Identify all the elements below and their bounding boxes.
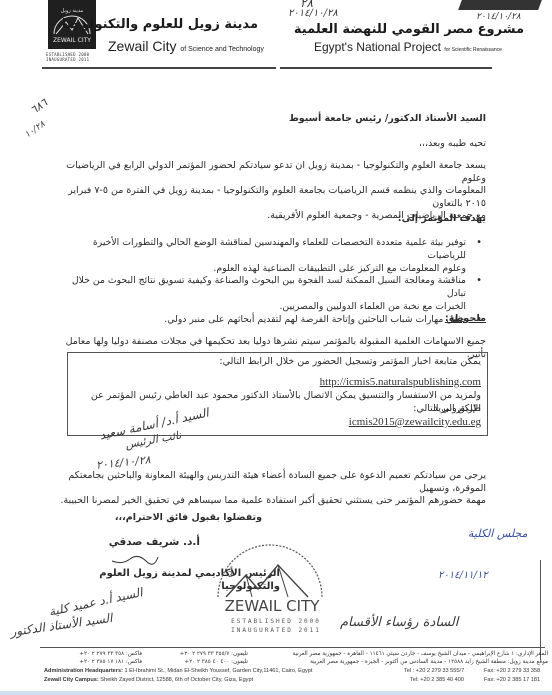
redaction-mark bbox=[458, 0, 542, 10]
handwritten-council-note: مجلس الكلية bbox=[468, 527, 528, 540]
sign-off: وتفضلوا بقبول فائق الاحترام،،، bbox=[62, 512, 262, 525]
handwritten-date-right: ٢٠١٤/١٠/٢٨ bbox=[476, 12, 521, 22]
closing-paragraph: يرجى من سيادتكم تعميم الدعوة على جميع ال… bbox=[56, 470, 486, 508]
footer-ar-address-2: موقع مدينة زويل: منطقة الشيخ زايد ١٢٥٨٨ … bbox=[258, 658, 548, 666]
conference-url-link[interactable]: http://icmis5.naturalspublishing.com bbox=[320, 376, 481, 388]
national-project-title-sub: for Scientific Renaissance bbox=[444, 47, 502, 53]
note-heading: ملحوظة: bbox=[286, 313, 486, 326]
zewail-city-title-en: Zewail City of Science and Technology bbox=[108, 38, 264, 54]
official-stamp: 2 ZEWAIL CITY ESTABLISHED 2000 INAUGURAT… bbox=[196, 537, 354, 637]
header-divider-right bbox=[280, 67, 492, 69]
zewail-city-title-main: Zewail City bbox=[108, 38, 176, 54]
closing-line: مهمة حضورهم المؤتمر حتى يستثني تحقيق أكب… bbox=[56, 495, 486, 508]
footer-fax-1: Fax: +20 2 279 33 358 bbox=[484, 667, 540, 675]
greeting: تحيه طيبه وبعد،،، bbox=[186, 138, 486, 151]
svg-text:ZEWAIL CITY: ZEWAIL CITY bbox=[53, 37, 91, 44]
goal-text: وعلوم المعلومات مع التركيز على التطبيقات… bbox=[66, 263, 466, 276]
footer-fax-2: Fax: +20 2 385 17 181 bbox=[484, 676, 540, 684]
closing-line: يرجى من سيادتكم تعميم الدعوة على جميع ال… bbox=[56, 470, 486, 495]
footer-ar-tel-1: تليفون: ٣٥٥/٧ ٣٣ ٢٧٩ ٢ ٢٠+ bbox=[148, 650, 248, 658]
goal-item: توفير بيئة علمية متعددة التخصصات للعلماء… bbox=[66, 237, 486, 275]
svg-text:ESTABLISHED 2000: ESTABLISHED 2000 bbox=[231, 618, 321, 625]
handwritten-margin-ref: ٦٨٦ bbox=[28, 96, 50, 117]
footer-divider bbox=[40, 647, 545, 648]
conference-email-link[interactable]: icmis2015@zewailcity.edu.eg bbox=[349, 416, 481, 428]
footer-ar-tel-2: تليفون: ٤٠٠ ٤٠ ٣٨٥ ٢ ٢٠+ bbox=[148, 658, 248, 666]
handwritten-council-date: ٢٠١٤/١١/١٢ bbox=[438, 570, 488, 581]
zewail-city-title-sub: of Science and Technology bbox=[180, 46, 264, 53]
recipient: السيد الأستاذ الدكتور/ رئيس جامعة أسيوط bbox=[186, 113, 486, 126]
goal-text: الخبرات مع نخبة من العلماء الدوليين والم… bbox=[66, 301, 466, 314]
goal-item: مناقشة ومعالجة السبل الممكنة لسد الفجوة … bbox=[66, 275, 486, 313]
campus-address: Sheikh Zayed District, 12588, 6th of Oct… bbox=[100, 677, 253, 683]
svg-text:ZEWAIL CITY: ZEWAIL CITY bbox=[225, 597, 321, 615]
national-project-title-main: Egypt's National Project bbox=[314, 40, 441, 54]
inaugurated-text: INAUGURATED 2011 bbox=[46, 57, 102, 62]
goal-text: مناقشة ومعالجة السبل الممكنة لسد الفجوة … bbox=[66, 275, 466, 301]
goals-heading: يهدف المؤتمر إلى: bbox=[186, 213, 486, 226]
footer-campus-address: Zewail City Campus: Sheikh Zayed Distric… bbox=[44, 676, 253, 684]
footer-ar-fax-2: فاكس: ١٨١ ١٧ ٣٨٥ ٢ ٢٠+ bbox=[42, 658, 142, 666]
info-line: الإلكتروني التالي: bbox=[181, 403, 481, 416]
footer-admin-address: Administration Headquarters: 1 El-Ibrahi… bbox=[44, 667, 312, 675]
national-project-title-ar: مشروع مصر القومي للنهضة العلمية bbox=[314, 22, 524, 37]
svg-text:مدينة زويل: مدينة زويل bbox=[61, 8, 84, 14]
footer-ar-address-1: المقر الإداري: ١ شارع الإبراهيمي - ميدان… bbox=[258, 650, 548, 658]
footer-tel-2: Tel: +20 2 385 40 400 bbox=[410, 676, 464, 684]
intro-line: المعلومات والذي ينظمه قسم الرياضيات بجام… bbox=[56, 185, 486, 210]
logo-dates: ESTABLISHED 2000 INAUGURATED 2011 bbox=[46, 52, 102, 62]
footer-tel-1: Tel : +20 2 279 33 555/7 bbox=[404, 667, 464, 675]
national-project-title-en: Egypt's National Project for Scientific … bbox=[314, 40, 502, 54]
handwritten-date-center: ٢٠١٤/١٠/٢٨ bbox=[288, 8, 338, 19]
handwritten-heads-note: السادة رؤساء الأقسام bbox=[340, 615, 458, 630]
admin-label: Administration Headquarters: bbox=[44, 668, 123, 674]
header-divider-left bbox=[42, 67, 276, 69]
stamp-pyramids-icon: 2 ZEWAIL CITY ESTABLISHED 2000 INAUGURAT… bbox=[196, 537, 354, 637]
intro-line: يسعد جامعة العلوم والتكنولوجيا - بمدينة … bbox=[56, 160, 486, 185]
admin-address: 1 El-Ibrahimi St., Midan El-Sheikh Youss… bbox=[125, 668, 313, 674]
goal-text: توفير بيئة علمية متعددة التخصصات للعلماء… bbox=[66, 237, 466, 263]
footer-ar-fax-1: فاكس: ٣٥٨ ٣٣ ٢٧٩ ٢ ٢٠+ bbox=[42, 650, 142, 658]
zewail-city-title-ar: مدينة زويل للعلوم والتكنولوجيا bbox=[108, 17, 258, 32]
handwritten-margin-date: ١٠/٢٨ bbox=[23, 119, 47, 140]
info-line: يمكن متابعة اخبار المؤتمر وتسجيل الحضور … bbox=[81, 356, 481, 369]
svg-text:2: 2 bbox=[228, 570, 233, 579]
signature-icon bbox=[110, 553, 160, 567]
viewer-bottom-edge bbox=[0, 691, 552, 695]
signatory-name: أ.د. شريف صدقي bbox=[100, 536, 200, 549]
campus-label: Zewail City Campus: bbox=[44, 677, 99, 683]
svg-text:INAUGURATED 2011: INAUGURATED 2011 bbox=[231, 627, 321, 634]
margin-line bbox=[540, 560, 541, 660]
